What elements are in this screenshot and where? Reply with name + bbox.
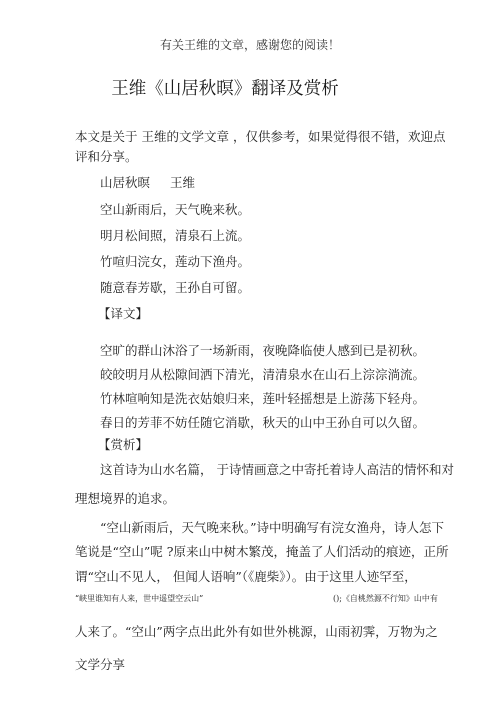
footer-label: 文学分享 bbox=[75, 655, 125, 673]
translation-line: 皎皎明月从松隙间洒下清光，清清泉水在山石上淙淙淌流。 bbox=[100, 365, 425, 383]
poem-line: 随意春芳歇，王孙自可留。 bbox=[100, 278, 250, 296]
poem-title: 山居秋暝 bbox=[100, 173, 150, 191]
intro-line-1: 本文是关于 王维的文学文章 ，仅供参考，如果觉得很不错，欢迎点 bbox=[75, 127, 445, 145]
translation-heading: 【译文】 bbox=[98, 304, 148, 322]
intro-line-2: 评和分享。 bbox=[75, 147, 138, 165]
poem-author: 王维 bbox=[170, 173, 195, 191]
analysis-para2-line3: 谓“空山不见人， 但闻人语响”（《鹿柴》）。由于这里人迹罕至， bbox=[75, 567, 417, 585]
header-note: 有关王维的文章，感谢您的阅读！ bbox=[0, 36, 500, 53]
analysis-para2-line2: 笔说是“空山”呢 ?原来山中树木繁茂，掩盖了人们活动的痕迹，正所 bbox=[75, 542, 448, 560]
poem-line: 竹喧归浣女，莲动下渔舟。 bbox=[100, 252, 250, 270]
poem-line: 空山新雨后，天气晚来秋。 bbox=[100, 200, 250, 218]
footnote-left: “峡里谁知有人来，世中遥望空云山” bbox=[75, 593, 203, 604]
analysis-heading: 【赏析】 bbox=[98, 435, 148, 453]
document-title: 王维《山居秋暝》翻译及赏析 bbox=[0, 75, 500, 100]
footnote-right: ();《自桃然源不行知》山中有 bbox=[333, 593, 438, 604]
analysis-para2-line1: “空山新雨后，天气晚来秋。”诗中明确写有浣女渔舟，诗人怎下 bbox=[100, 518, 444, 536]
analysis-para1-line2: 理想境界的追求。 bbox=[75, 489, 175, 507]
poem-line: 明月松间照，清泉石上流。 bbox=[100, 226, 250, 244]
analysis-para3-line: 人来了。“空山”两字点出此外有如世外桃源，山雨初霁，万物为之 bbox=[75, 622, 438, 640]
translation-line: 竹林喧响知是洗衣姑娘归来，莲叶轻摇想是上游荡下轻舟。 bbox=[100, 389, 425, 407]
analysis-para1-line1: 这首诗为山水名篇， 于诗情画意之中寄托着诗人高洁的情怀和对 bbox=[100, 460, 454, 478]
translation-line: 空旷的群山沐浴了一场新雨，夜晚降临使人感到已是初秋。 bbox=[100, 341, 425, 359]
translation-line: 春日的芳菲不妨任随它消歇，秋天的山中王孙自可以久留。 bbox=[100, 413, 425, 431]
